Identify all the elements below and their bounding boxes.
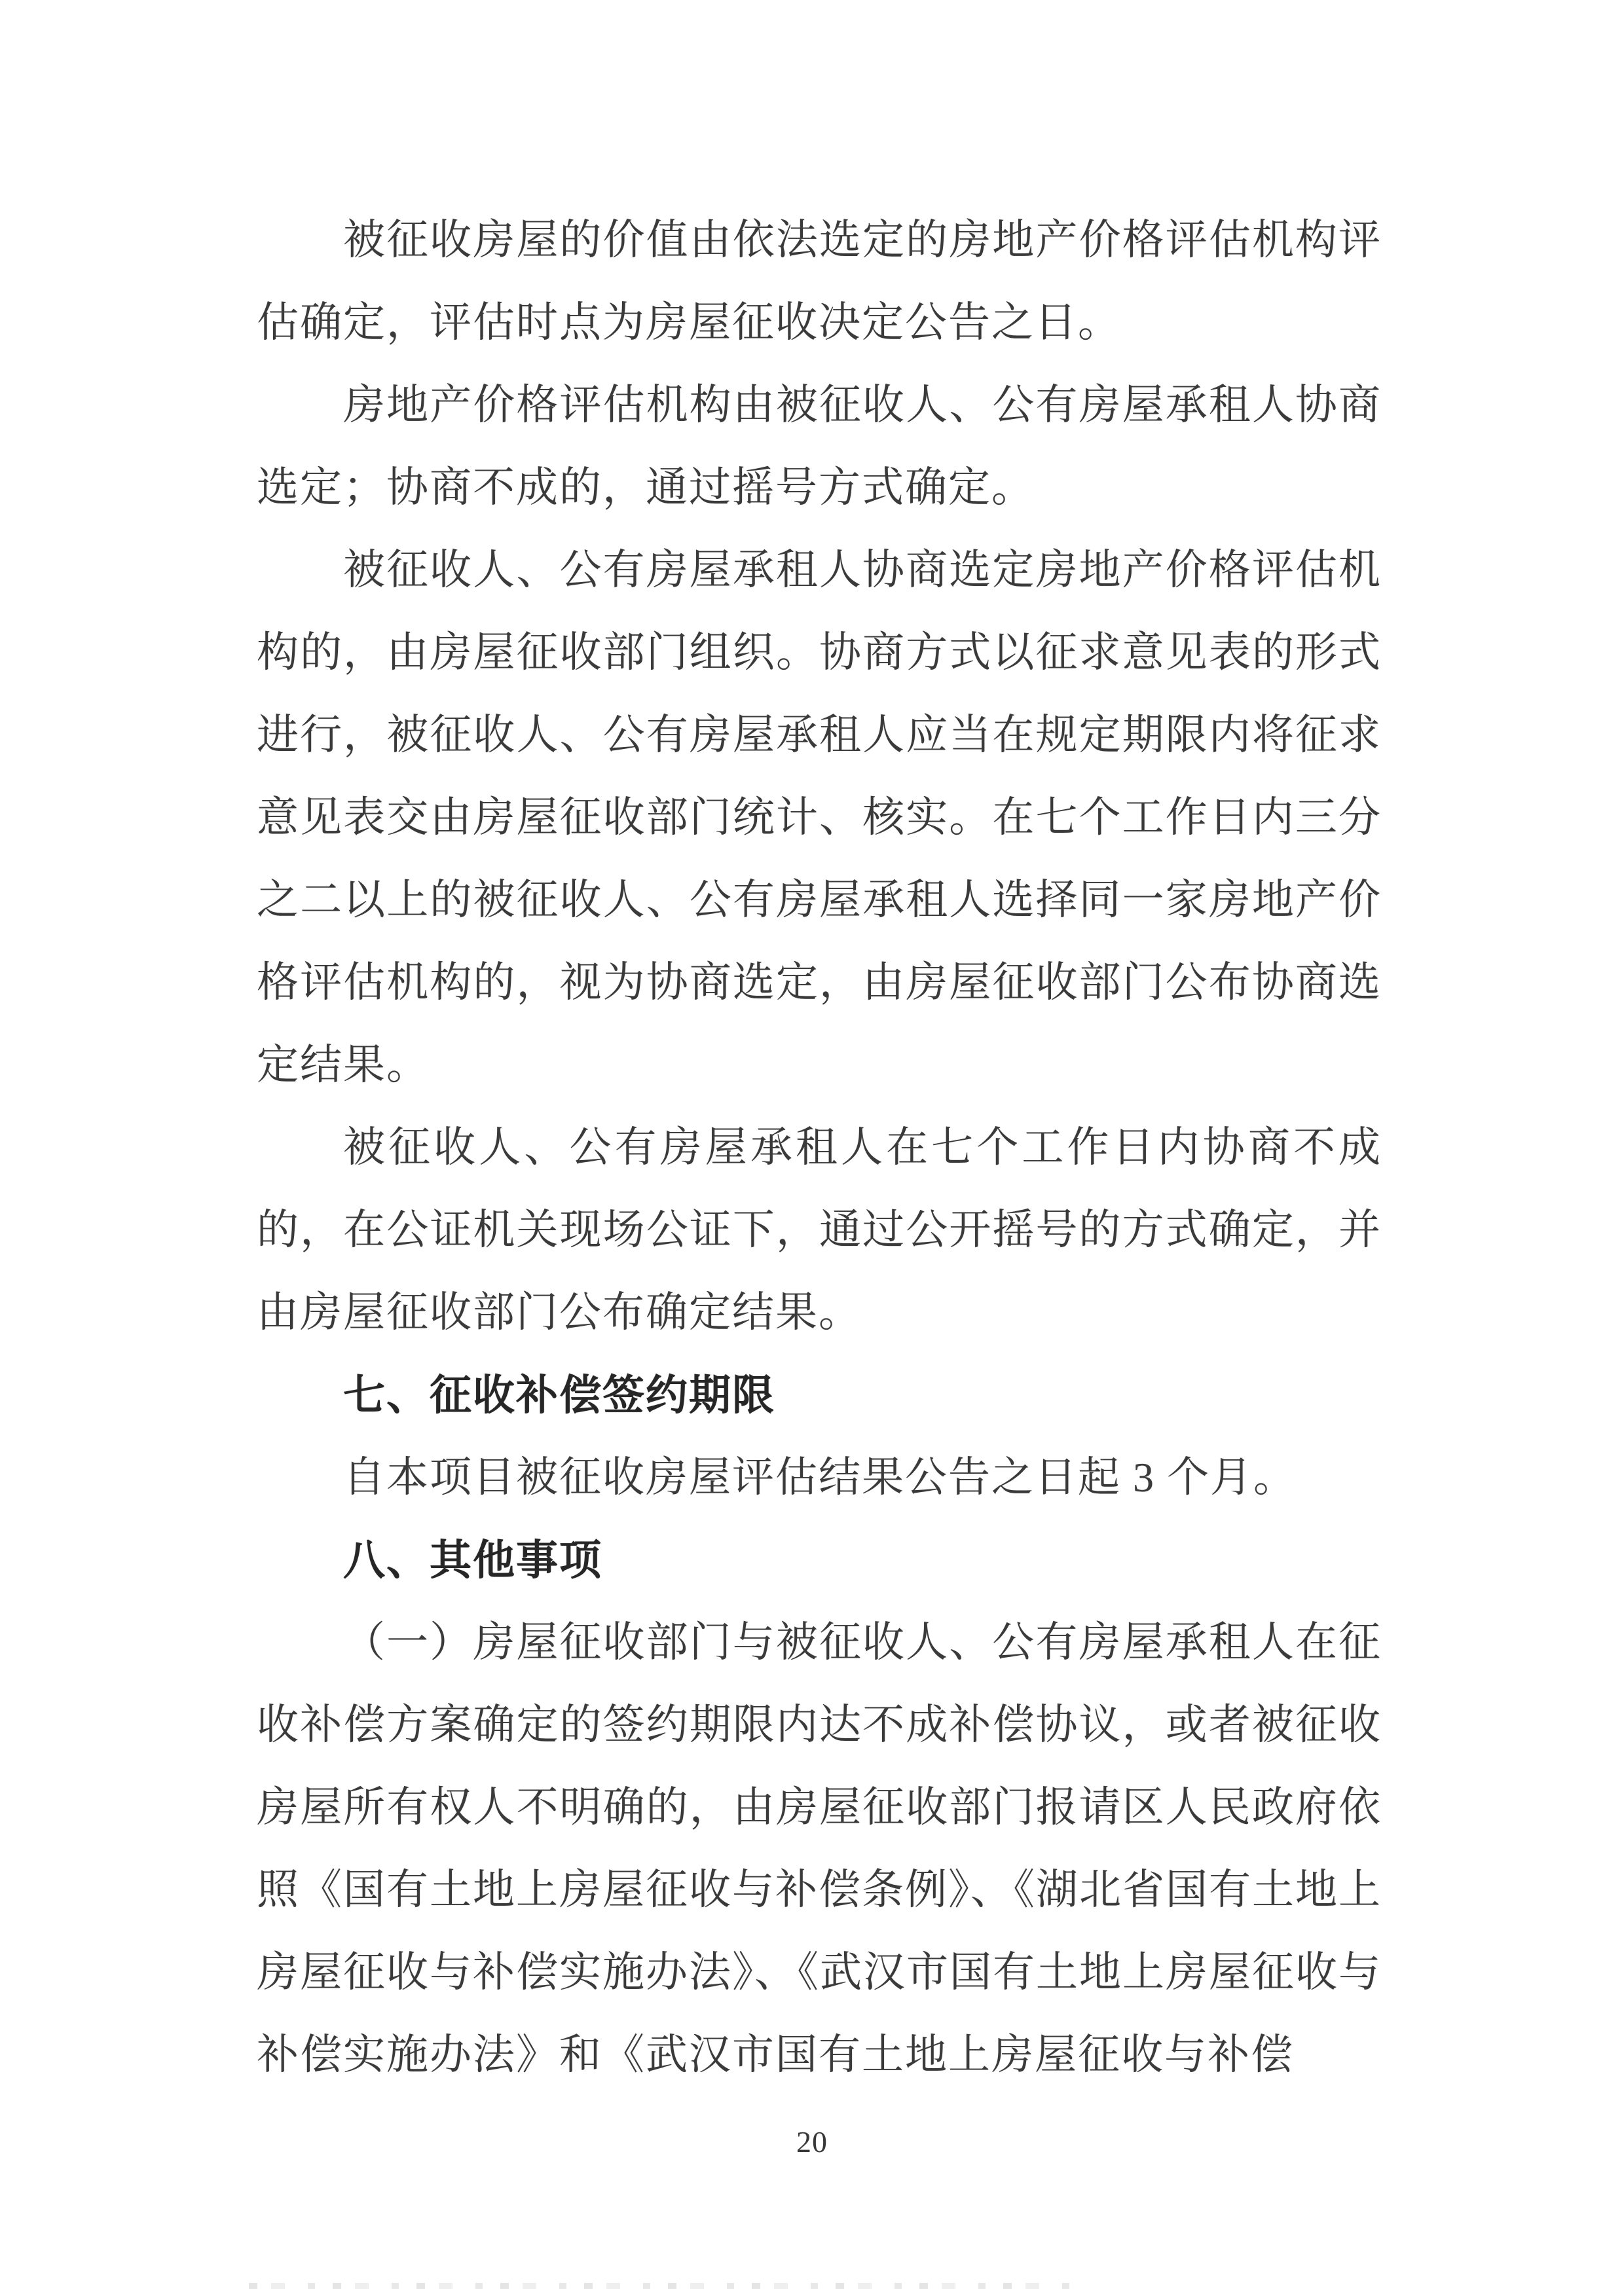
document-page: 被征收房屋的价值由依法选定的房地产价格评估机构评估确定，评估时点为房屋征收决定公… bbox=[0, 0, 1624, 2296]
paragraph: 被征收人、公有房屋承租人协商选定房地产价格评估机构的，由房屋征收部门组织。协商方… bbox=[257, 529, 1382, 1106]
paragraph: 自本项目被征收房屋评估结果公告之日起 3 个月。 bbox=[257, 1436, 1382, 1519]
page-number: 20 bbox=[0, 2123, 1624, 2162]
page-bottom-scan-artifact bbox=[249, 2283, 1080, 2289]
document-body: 被征收房屋的价值由依法选定的房地产价格评估机构评估确定，评估时点为房屋征收决定公… bbox=[257, 199, 1382, 2096]
paragraph: 被征收房屋的价值由依法选定的房地产价格评估机构评估确定，评估时点为房屋征收决定公… bbox=[257, 199, 1382, 364]
section-heading: 七、征收补偿签约期限 bbox=[257, 1354, 1382, 1436]
paragraph: 被征收人、公有房屋承租人在七个工作日内协商不成的，在公证机关现场公证下，通过公开… bbox=[257, 1106, 1382, 1354]
section-heading: 八、其他事项 bbox=[257, 1519, 1382, 1601]
paragraph: （一）房屋征收部门与被征收人、公有房屋承租人在征收补偿方案确定的签约期限内达不成… bbox=[257, 1601, 1382, 2096]
paragraph: 房地产价格评估机构由被征收人、公有房屋承租人协商选定；协商不成的，通过摇号方式确… bbox=[257, 364, 1382, 529]
